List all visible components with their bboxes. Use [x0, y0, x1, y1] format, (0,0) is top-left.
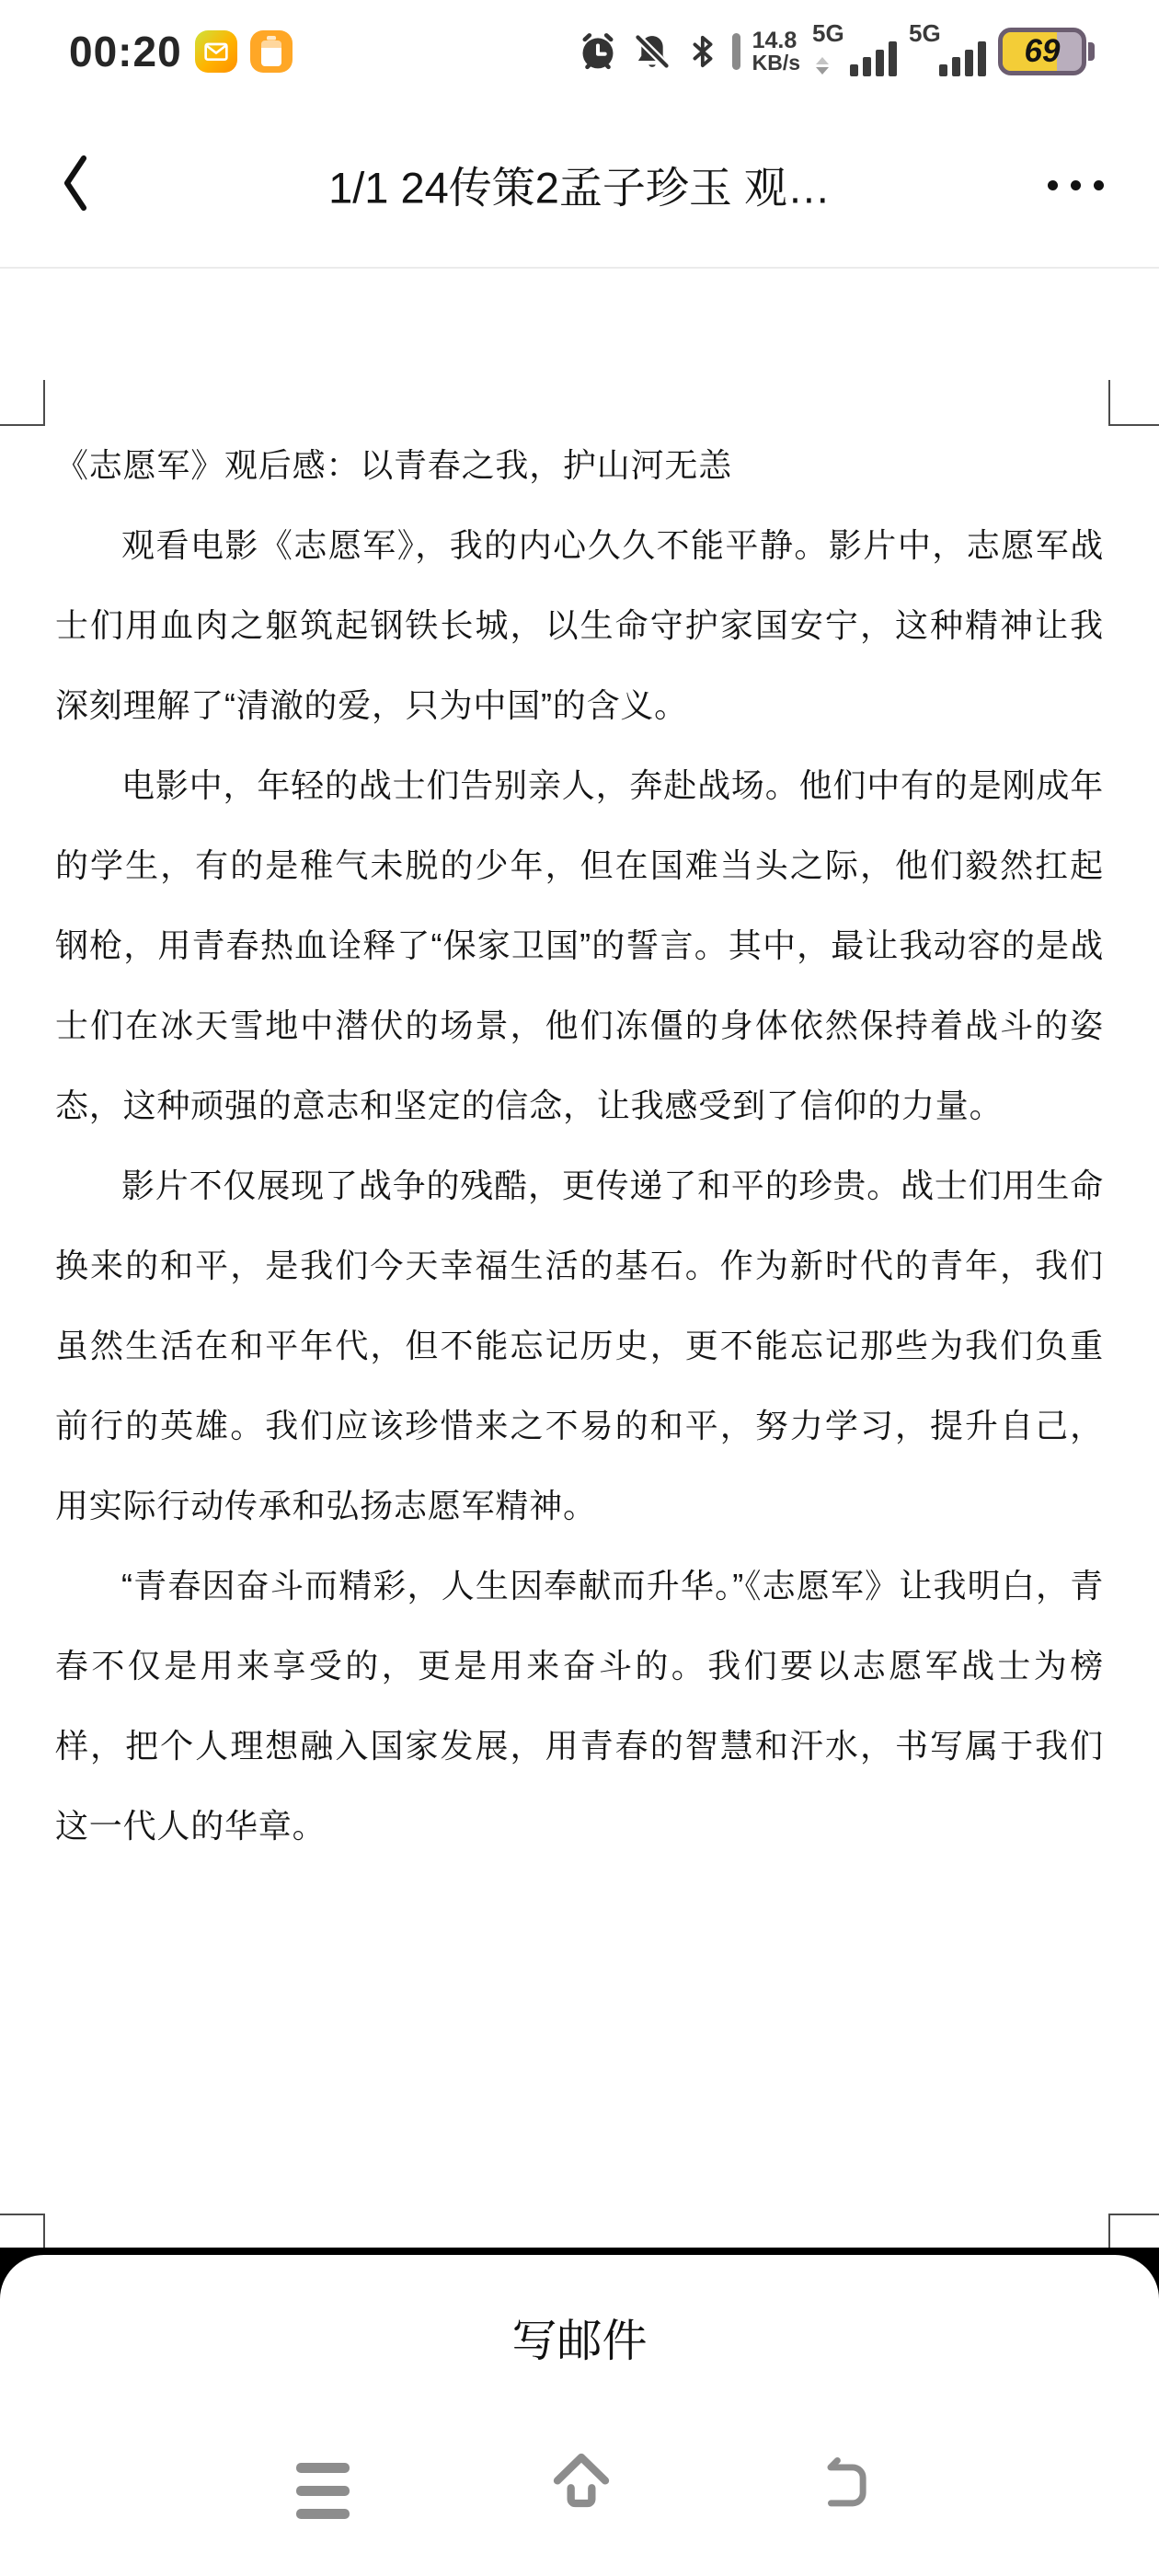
page-corner-mark	[1108, 380, 1159, 426]
write-email-button[interactable]: 写邮件	[0, 2255, 1159, 2421]
document-text: 《志愿军》观后感：以青春之我，护山河无恙 观看电影《志愿军》，我的内心久久不能平…	[55, 425, 1104, 1866]
bluetooth-device-indicator	[732, 33, 740, 70]
system-navigation-bar	[0, 2421, 1159, 2576]
phone-screen: 00:20	[0, 0, 1159, 2576]
data-activity-arrows	[816, 57, 829, 75]
signal-bars-icon	[939, 41, 986, 76]
essay-paragraph: “青春因奋斗而精彩，人生因奉献而升华。”《志愿军》让我明白，青春不仅是用来享受的…	[55, 1546, 1104, 1866]
bluetooth-icon	[685, 31, 720, 72]
home-icon[interactable]	[545, 2446, 618, 2524]
sim1-signal: 5G	[812, 23, 897, 80]
bottom-sheet: 写邮件	[0, 2255, 1159, 2576]
network-speed: 14.8 KB/s	[752, 29, 800, 75]
recents-menu-icon[interactable]	[296, 2463, 350, 2519]
alarm-icon	[577, 30, 619, 73]
page-title: 1/1 24传策2孟子珍玉 观…	[328, 155, 831, 216]
clock-time: 00:20	[69, 27, 182, 76]
page-corner-mark	[0, 2214, 45, 2248]
back-chevron-icon[interactable]	[55, 150, 96, 221]
page-corner-mark	[0, 380, 45, 426]
document-view: 《志愿军》观后感：以青春之我，护山河无恙 观看电影《志愿军》，我的内心久久不能平…	[0, 270, 1159, 2248]
status-bar: 00:20	[0, 0, 1159, 103]
more-menu-icon[interactable]	[1048, 180, 1104, 190]
app-title-bar: 1/1 24传策2孟子珍玉 观…	[0, 103, 1159, 269]
battery-indicator: 69	[998, 28, 1095, 75]
page-corner-mark	[1108, 2214, 1159, 2248]
mail-badge-icon	[195, 30, 237, 73]
battery-percent: 69	[1003, 32, 1082, 71]
essay-title: 《志愿军》观后感：以青春之我，护山河无恙	[55, 425, 1104, 505]
back-icon[interactable]	[817, 2454, 876, 2517]
battery-badge-icon	[250, 30, 293, 73]
mute-bell-icon	[631, 30, 673, 73]
sim2-signal: 5G	[909, 23, 986, 80]
signal-bars-icon	[850, 41, 897, 76]
essay-paragraph: 观看电影《志愿军》，我的内心久久不能平静。影片中，志愿军战士们用血肉之躯筑起钢铁…	[55, 505, 1104, 745]
essay-paragraph: 电影中，年轻的战士们告别亲人，奔赴战场。他们中有的是刚成年的学生，有的是稚气未脱…	[55, 745, 1104, 1145]
essay-paragraph: 影片不仅展现了战争的残酷，更传递了和平的珍贵。战士们用生命换来的和平，是我们今天…	[55, 1145, 1104, 1546]
